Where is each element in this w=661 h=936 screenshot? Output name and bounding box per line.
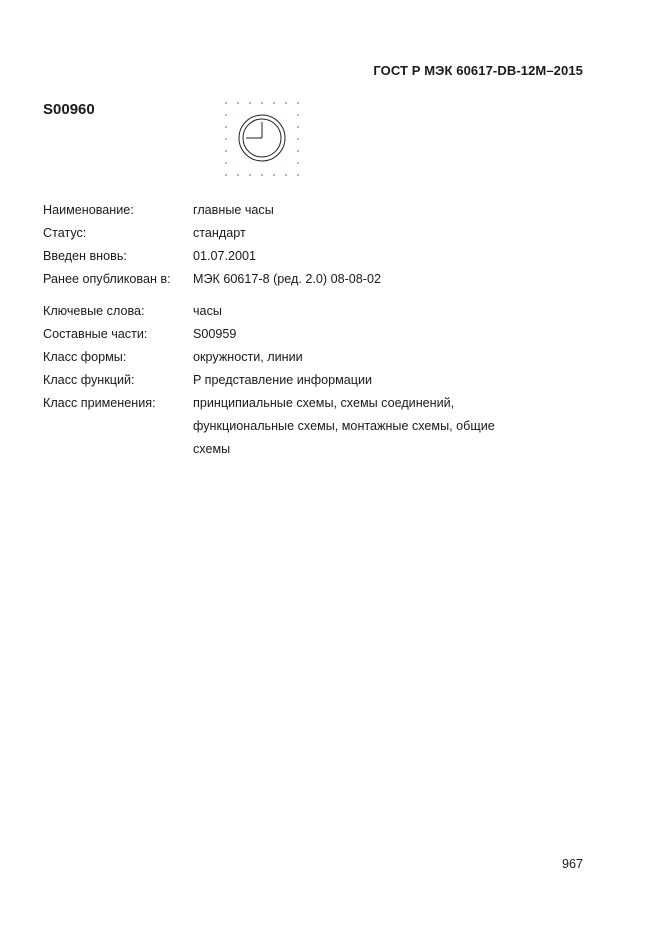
field-value: МЭК 60617-8 (ред. 2.0) 08-08-02 — [193, 268, 381, 291]
field-label: Ключевые слова: — [43, 300, 145, 323]
field-value: часы — [193, 300, 222, 323]
field-label: Класс формы: — [43, 346, 126, 369]
field-value-line: схемы — [193, 438, 230, 461]
field-value: главные часы — [193, 199, 274, 222]
standard-header: ГОСТ Р МЭК 60617-DB-12M–2015 — [373, 63, 583, 78]
grid-dots — [225, 102, 298, 175]
field-value-line: принципиальные схемы, схемы соединений, — [193, 392, 454, 415]
field-value: P представление информации — [193, 369, 372, 392]
field-label: Класс применения: — [43, 392, 156, 415]
field-label: Статус: — [43, 222, 86, 245]
page-number: 967 — [562, 857, 583, 871]
field-label: Ранее опубликован в: — [43, 268, 171, 291]
field-label: Наименование: — [43, 199, 134, 222]
field-value: 01.07.2001 — [193, 245, 256, 268]
field-value-line: функциональные схемы, монтажные схемы, о… — [193, 415, 495, 438]
field-value: стандарт — [193, 222, 246, 245]
field-label: Введен вновь: — [43, 245, 127, 268]
field-label: Составные части: — [43, 323, 147, 346]
field-value: окружности, линии — [193, 346, 303, 369]
field-value: S00959 — [193, 323, 236, 346]
field-label: Класс функций: — [43, 369, 135, 392]
symbol-code: S00960 — [43, 101, 95, 118]
clock-symbol-icon — [220, 98, 305, 180]
